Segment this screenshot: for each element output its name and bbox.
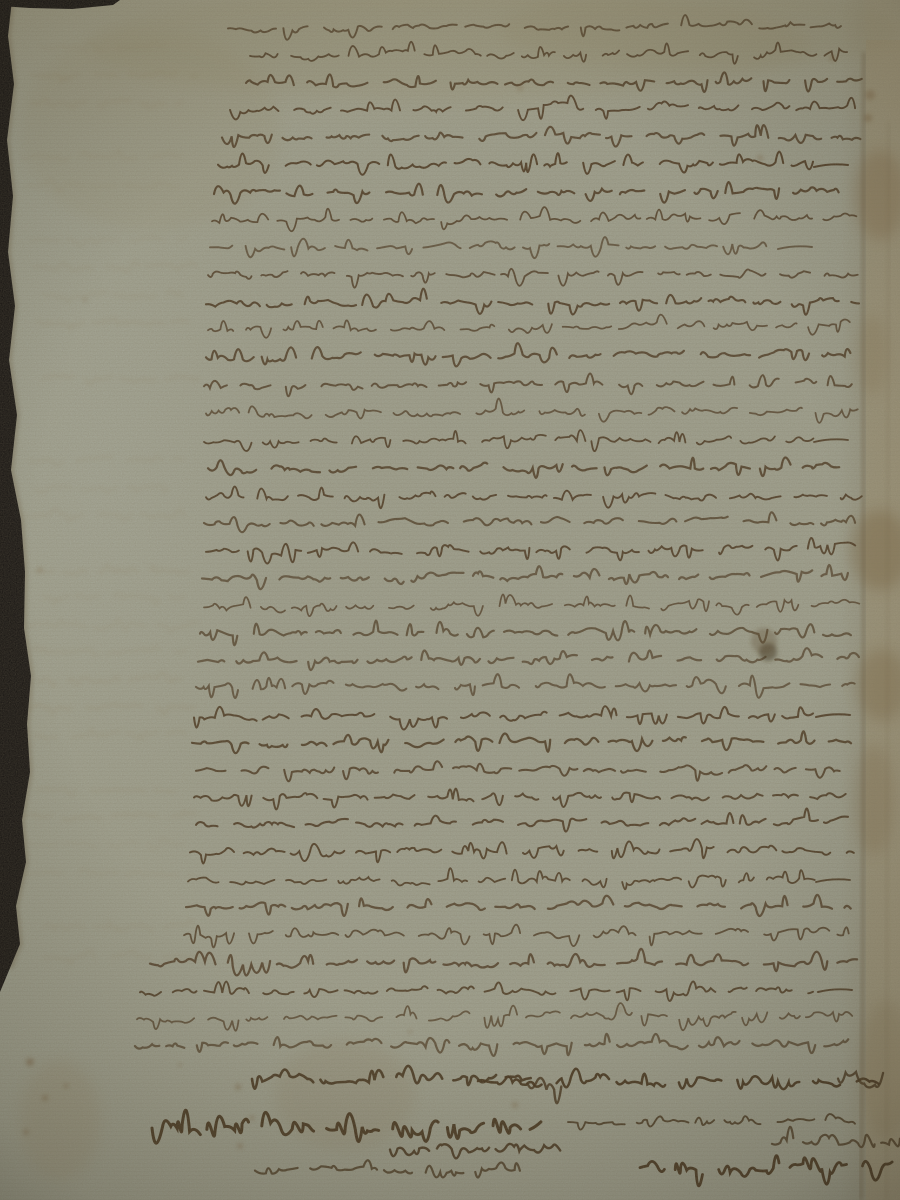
handwriting-line	[204, 595, 859, 617]
handwriting-line	[204, 512, 855, 532]
foxing-spot	[23, 1129, 29, 1135]
bleedthrough-line	[43, 375, 199, 384]
bleedthrough-line	[28, 704, 202, 714]
bleedthrough-line	[34, 261, 196, 271]
bleedthrough-line	[30, 456, 184, 466]
handwriting-line	[184, 925, 849, 948]
manuscript-photo	[0, 0, 900, 1200]
signatures-group	[152, 1066, 900, 1186]
bleedthrough-line	[43, 593, 184, 604]
paper-stain	[20, 30, 280, 230]
handwriting-line	[206, 343, 850, 366]
handwriting-line	[190, 839, 854, 863]
bleedthrough-line	[26, 620, 199, 633]
foxing-spot	[865, 90, 875, 100]
foxing-spot	[751, 628, 777, 654]
handwriting-line	[212, 207, 856, 231]
handwriting-line	[196, 809, 848, 832]
handwriting-line	[206, 487, 862, 509]
foxing-spot	[235, 1084, 241, 1090]
handwriting-line	[206, 538, 855, 564]
handwriting-line	[135, 1034, 848, 1056]
signature-stroke	[390, 1144, 567, 1158]
bleedthrough-line	[31, 237, 186, 246]
handwriting-line	[140, 981, 852, 1000]
handwriting-line	[188, 868, 850, 889]
foxing-spot	[408, 1030, 412, 1034]
handwriting-line	[208, 269, 858, 288]
bleedthrough-line	[29, 838, 183, 850]
paper-stain	[854, 150, 900, 240]
handwriting-line	[230, 96, 871, 121]
signature-stroke	[568, 1114, 855, 1130]
foxing-spot	[83, 298, 88, 303]
bleedthrough-line	[43, 290, 182, 301]
signature-stroke	[528, 1078, 575, 1103]
foxing-spot	[618, 1008, 623, 1013]
handwriting-line	[186, 895, 851, 916]
handwriting-line	[192, 731, 851, 753]
handwriting-line	[204, 374, 852, 397]
handwriting-line	[196, 761, 853, 781]
handwriting-line	[196, 674, 855, 698]
paper-stain	[850, 510, 900, 590]
handwriting-line	[202, 565, 857, 589]
bleedthrough-line	[35, 729, 185, 739]
paper-stain	[20, 1060, 100, 1180]
signature-stroke	[255, 1160, 520, 1177]
handwriting-line	[206, 399, 858, 423]
bleedthrough-line	[33, 646, 186, 656]
foxing-spot	[829, 55, 835, 61]
bleedthrough-line	[37, 788, 190, 796]
foxing-spot	[512, 1102, 518, 1108]
stains-group	[20, 0, 900, 1180]
bleedthrough-line	[43, 919, 194, 931]
handwriting-line	[208, 315, 850, 338]
handwriting-line	[218, 152, 848, 175]
bleedthrough-line	[44, 950, 201, 964]
handwriting-line	[194, 706, 850, 729]
foxing-spot	[250, 1116, 255, 1121]
paper-stain	[856, 315, 888, 395]
handwriting-line	[214, 182, 855, 204]
handwriting-line	[208, 457, 854, 477]
handwriting-line	[222, 125, 860, 147]
bleedthrough-line	[25, 508, 195, 521]
foxing-spot	[178, 1063, 182, 1067]
bleedthrough-line	[25, 811, 198, 820]
bleedthrough-line	[38, 672, 182, 686]
handwriting-line	[194, 789, 846, 810]
handwriting-line	[210, 237, 812, 258]
handwriting-line	[150, 949, 857, 976]
paper-stain	[854, 745, 894, 855]
foxing-spot	[64, 1084, 69, 1089]
bleedthrough-line	[37, 318, 188, 329]
foxing-spot	[37, 567, 43, 573]
handwriting-line	[204, 430, 848, 451]
foxing-spot	[517, 85, 523, 91]
foxing-spot	[26, 1058, 34, 1066]
handwriting-line	[206, 289, 859, 315]
bleedthrough-line	[25, 868, 197, 875]
foxing-spot	[864, 114, 872, 122]
manuscript-art	[0, 0, 900, 1200]
top-edge-strip	[0, 0, 120, 9]
bleedthrough-line	[36, 486, 181, 493]
signature-stroke	[640, 1156, 892, 1186]
foxing-spot	[42, 1095, 48, 1101]
bleedthrough-line	[34, 565, 189, 574]
foxing-spot	[237, 1143, 243, 1149]
foxing-spot	[757, 155, 763, 161]
handwriting-line	[137, 1003, 852, 1031]
